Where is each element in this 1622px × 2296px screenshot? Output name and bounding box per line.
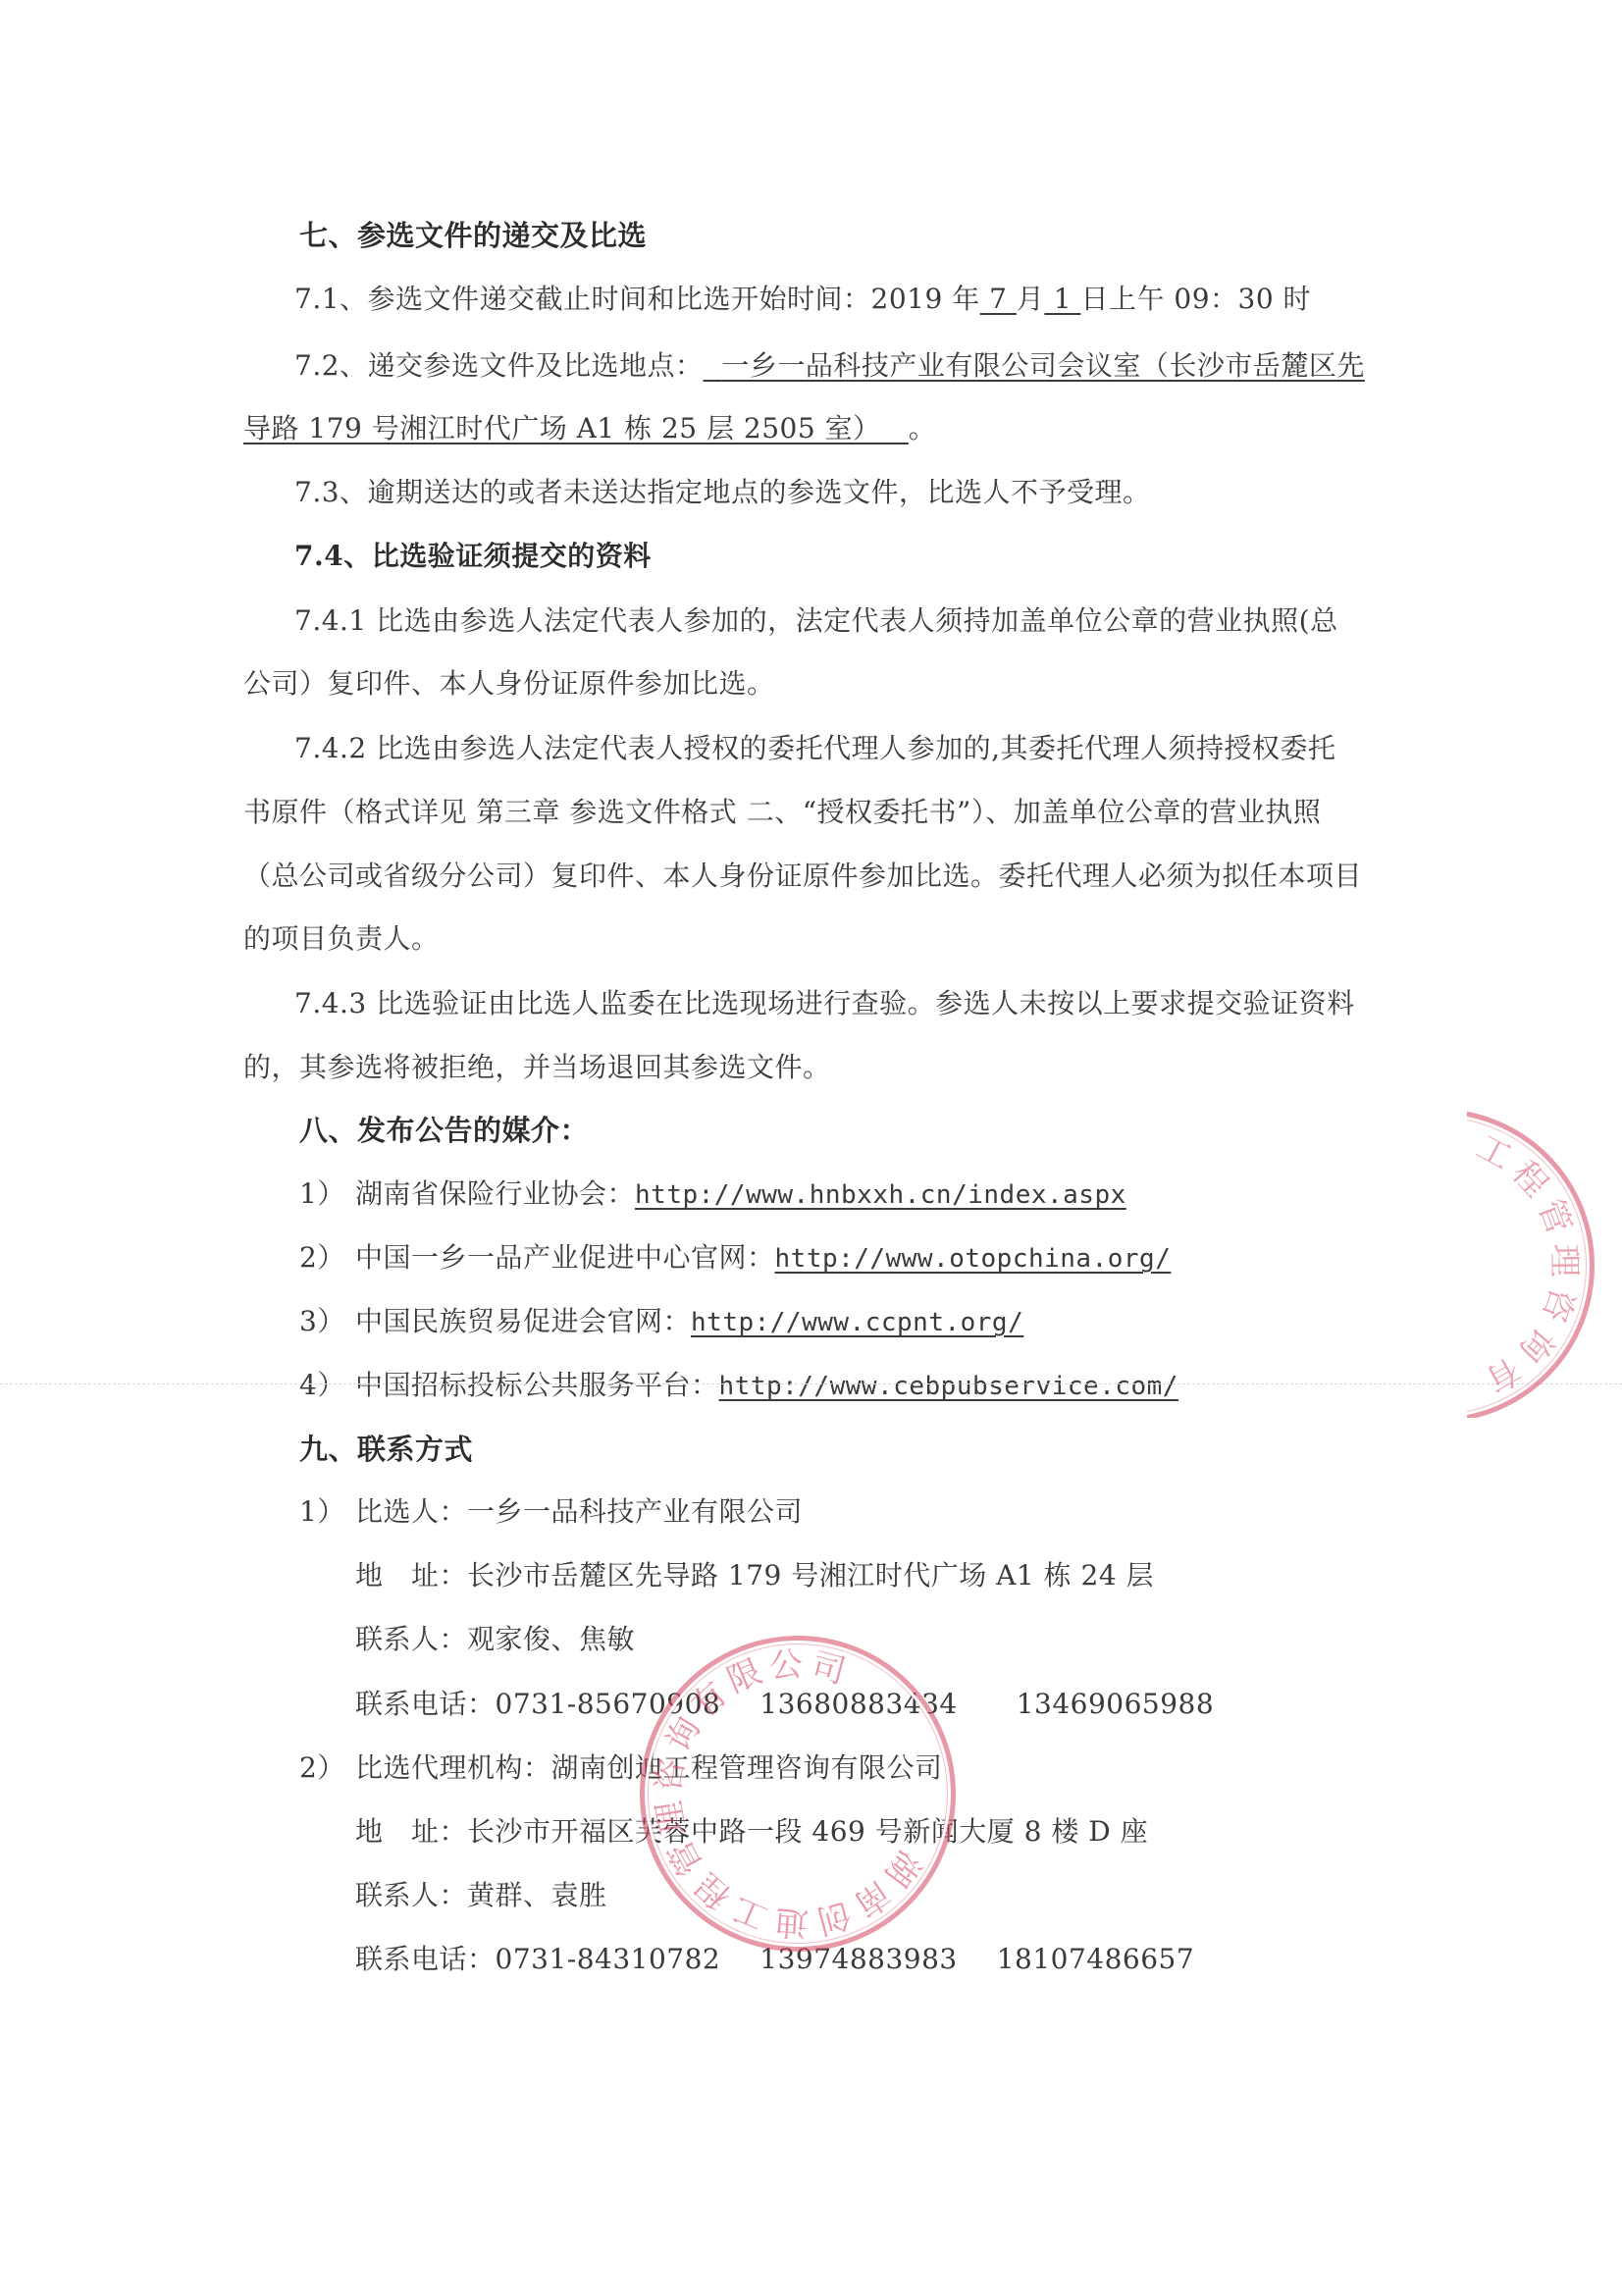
media-item-label: 中国一乡一品产业促进中心官网： <box>355 1241 775 1274</box>
media-item-4: 4）中国招标投标公共服务平台：http://www.cebpubservice.… <box>299 1366 1430 1405</box>
media-item-2: 2）中国一乡一品产业促进中心官网：http://www.otopchina.or… <box>299 1238 1430 1278</box>
contact-org-label: 比选代理机构： <box>355 1751 551 1784</box>
contact-1-person: 联系人：观家俊、焦敏 <box>355 1620 1486 1659</box>
paragraph-7-3: 7.3、逾期送达的或者未送达指定地点的参选文件，比选人不予受理。 <box>294 473 1374 512</box>
location-prefix: 7.2、递交参选文件及比选地点： <box>294 349 704 382</box>
contact-number: 2） <box>299 1748 355 1788</box>
address-value: 长沙市岳麓区先导路 179 号湘江时代广场 A1 栋 24 层 <box>467 1559 1154 1592</box>
location-end: 。 <box>909 412 937 444</box>
media-item-1: 1）湖南省保险行业协会：http://www.hnbxxh.cn/index.a… <box>299 1174 1430 1214</box>
media-item-number: 4） <box>299 1366 355 1405</box>
deadline-suffix: 日上午 09：30 时 <box>1081 283 1312 315</box>
svg-text:湖南创迪工程管理咨询有限公司: 湖南创迪工程管理咨询有限公司 <box>606 1602 987 1984</box>
contact-1-address: 地 址：长沙市岳麓区先导路 179 号湘江时代广场 A1 栋 24 层 <box>355 1556 1486 1595</box>
address-label: 地 址： <box>355 1815 467 1848</box>
media-item-label: 中国招标投标公共服务平台： <box>355 1369 719 1401</box>
paragraph-7-4-2-line-1: 7.4.2 比选由参选人法定代表人授权的委托代理人参加的,其委托代理人须持授权委… <box>294 729 1374 768</box>
contact-1-org: 1）比选人：一乡一品科技产业有限公司 <box>299 1492 1430 1532</box>
person-label: 联系人： <box>355 1623 467 1655</box>
phone-mobile-2: 18107486657 <box>997 1943 1194 1975</box>
contact-org-label: 比选人： <box>355 1495 467 1528</box>
section-7-4-heading: 7.4、比选验证须提交的资料 <box>294 537 1425 576</box>
media-link-hnbxxh[interactable]: http://www.hnbxxh.cn/index.aspx <box>635 1180 1126 1210</box>
person-value: 观家俊、焦敏 <box>467 1623 635 1655</box>
address-label: 地 址： <box>355 1559 467 1592</box>
media-link-otopchina[interactable]: http://www.otopchina.org/ <box>775 1244 1172 1274</box>
contact-2-phone: 联系电话：0731-843107821397488398318107486657 <box>355 1940 1486 1979</box>
paragraph-7-4-3-line-1: 7.4.3 比选验证由比选人监委在比选现场进行查验。参选人未按以上要求提交验证资… <box>294 984 1374 1023</box>
media-item-number: 1） <box>299 1174 355 1214</box>
paragraph-7-2-cont: 导路 179 号湘江时代广场 A1 栋 25 层 2505 室） 。 <box>243 409 1374 448</box>
media-link-ccpnt[interactable]: http://www.ccpnt.org/ <box>691 1308 1023 1337</box>
edge-seal-stamp: 工程管理咨询有 <box>1467 1109 1595 1418</box>
deadline-month: 7 <box>980 283 1017 315</box>
edge-seal-clip: 工程管理咨询有 <box>1467 1104 1622 1418</box>
deadline-day: 1 <box>1044 283 1080 315</box>
section-9-heading: 九、联系方式 <box>299 1430 1430 1469</box>
contact-org-name: 一乡一品科技产业有限公司 <box>467 1495 803 1528</box>
person-label: 联系人： <box>355 1879 467 1911</box>
paragraph-7-1: 7.1、参选文件递交截止时间和比选开始时间：2019 年 7 月 1 日上午 0… <box>294 280 1374 319</box>
location-line-1: 一乡一品科技产业有限公司会议室（长沙市岳麓区先 <box>704 349 1365 382</box>
phone-mobile-2: 13469065988 <box>1017 1688 1214 1720</box>
paragraph-7-4-2-line-3: （总公司或省级分公司）复印件、本人身份证原件参加比选。委托代理人必须为拟任本项目 <box>243 857 1374 896</box>
phone-label: 联系电话： <box>355 1688 496 1720</box>
paragraph-7-4-2-line-4: 的项目负责人。 <box>243 919 1374 959</box>
person-value: 黄群、袁胜 <box>467 1879 607 1911</box>
section-7-heading: 七、参选文件的递交及比选 <box>299 216 1430 255</box>
media-item-3: 3）中国民族贸易促进会官网：http://www.ccpnt.org/ <box>299 1302 1430 1341</box>
contact-number: 1） <box>299 1492 355 1532</box>
scan-artifact-line <box>0 1383 1622 1384</box>
location-line-2: 导路 179 号湘江时代广场 A1 栋 25 层 2505 室） <box>243 412 909 444</box>
paragraph-7-2: 7.2、递交参选文件及比选地点： 一乡一品科技产业有限公司会议室（长沙市岳麓区先 <box>294 346 1374 386</box>
media-link-cebpubservice[interactable]: http://www.cebpubservice.com/ <box>719 1372 1178 1401</box>
media-item-number: 3） <box>299 1302 355 1341</box>
phone-landline: 0731-84310782 <box>496 1943 721 1975</box>
deadline-prefix: 7.1、参选文件递交截止时间和比选开始时间：2019 年 <box>294 283 980 315</box>
media-item-number: 2） <box>299 1238 355 1278</box>
svg-text:工程管理咨询有: 工程管理咨询有 <box>1470 1127 1584 1403</box>
media-item-label: 湖南省保险行业协会： <box>355 1177 635 1210</box>
paragraph-7-4-3-line-2: 的，其参选将被拒绝，并当场退回其参选文件。 <box>243 1048 1374 1087</box>
phone-label: 联系电话： <box>355 1943 496 1975</box>
section-8-heading: 八、发布公告的媒介： <box>299 1111 1430 1150</box>
paragraph-7-4-1-line-2: 公司）复印件、本人身份证原件参加比选。 <box>243 664 1374 704</box>
paragraph-7-4-1-line-1: 7.4.1 比选由参选人法定代表人参加的，法定代表人须持加盖单位公章的营业执照(… <box>294 601 1374 641</box>
month-unit: 月 <box>1017 283 1045 315</box>
media-item-label: 中国民族贸易促进会官网： <box>355 1305 691 1337</box>
edge-seal-text-ring-icon: 工程管理咨询有 <box>1467 1114 1590 1418</box>
paragraph-7-4-2-line-2: 书原件（格式详见 第三章 参选文件格式 二、“授权委托书”）、加盖单位公章的营业… <box>243 793 1374 832</box>
